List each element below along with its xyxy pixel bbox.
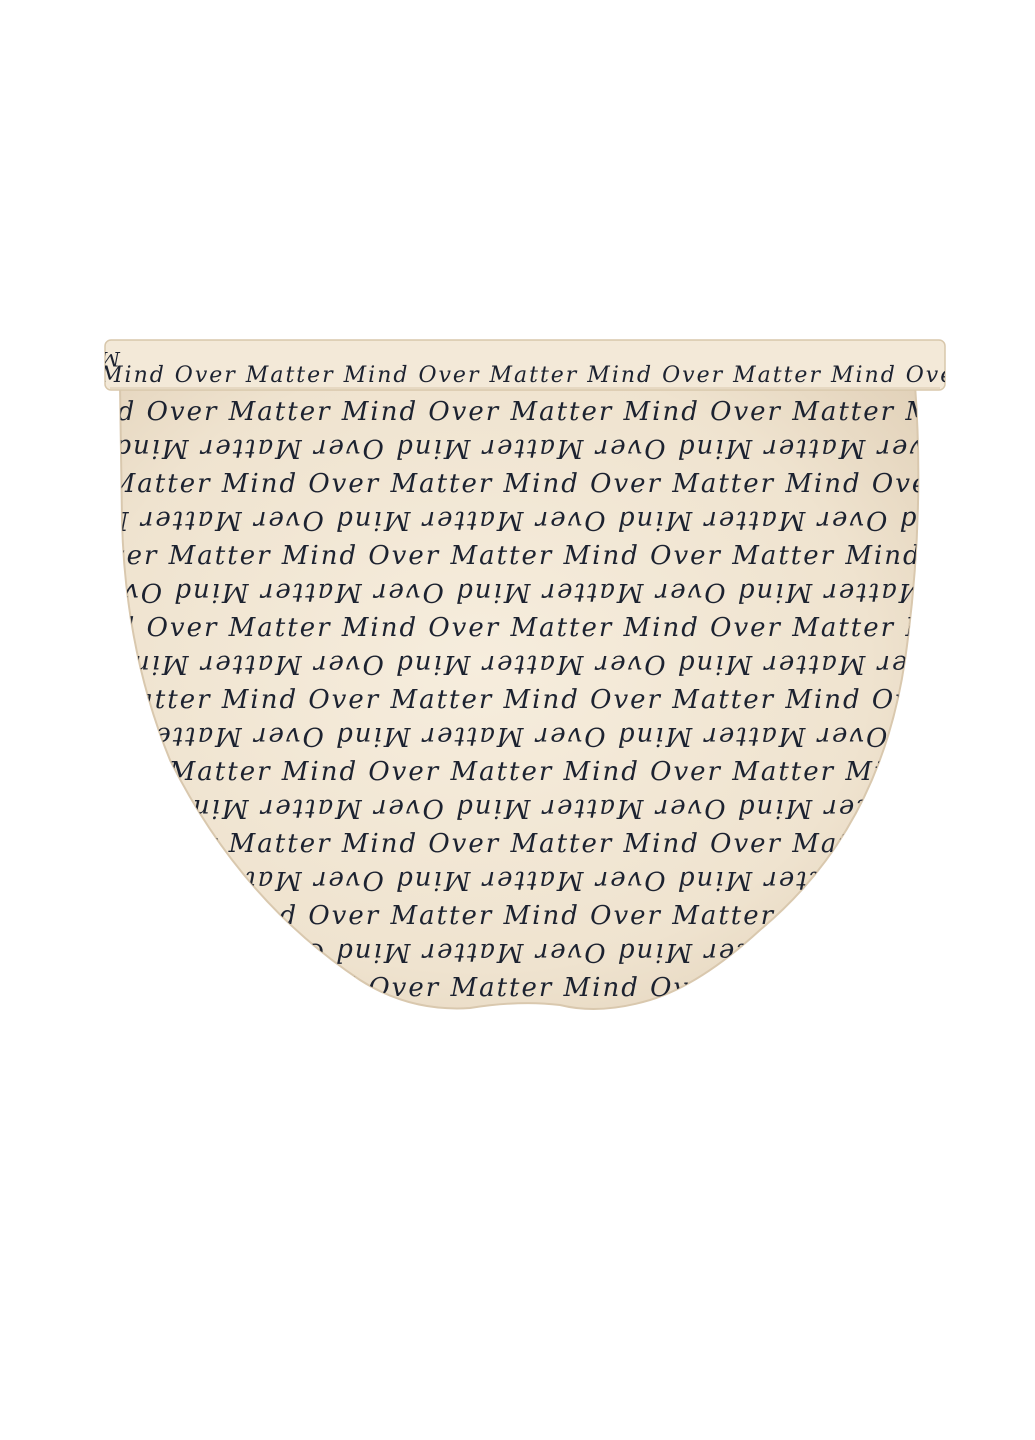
print-row: Mind Over Matter Mind Over Matter Mind O… [90,793,1035,823]
print-row: Mind Over Matter Mind Over Matter Mind O… [0,973,1004,1003]
print-row: Mind Over Matter Mind Over Matter Mind O… [59,613,1035,643]
print-row: Mind Over Matter Mind Over Matter Mind O… [30,649,1035,679]
waistband-print: Mind Over Matter Mind Over Matter Mind O… [99,363,1035,388]
print-row: Mind Over Matter Mind Over Matter Mind O… [59,397,1035,427]
print-row: Mind Over Matter Mind Over Matter Mind O… [30,865,1035,895]
print-row: Mind Over Matter Mind Over Matter Mind O… [0,505,975,535]
print-row: Mind Over Matter Mind Over Matter Mind O… [0,469,944,499]
print-row: Mind Over Matter Mind Over Matter Mind O… [0,757,1004,787]
print-pattern: Mind Over Matter Mind Over Matter Mind O… [0,397,1035,1003]
print-row: Mind Over Matter Mind Over Matter Mind O… [0,685,944,715]
print-row: Mind Over Matter Mind Over Matter Mind O… [59,829,1035,859]
print-row: Mind Over Matter Mind Over Matter Mind O… [0,937,975,967]
print-row: Mind Over Matter Mind Over Matter Mind O… [30,433,1035,463]
product-photo: Mind Over Matter Mind Over Matter Mind O… [0,0,1035,1440]
print-row: Mind Over Matter Mind Over Matter Mind O… [0,721,975,751]
waistband-print-flipped: Mind Over Matter Mind Over Matter Mind O… [0,347,121,371]
print-row: Mind Over Matter Mind Over Matter Mind O… [0,901,944,931]
print-row: Mind Over Matter Mind Over Matter Mind O… [0,541,1004,571]
waistband: Mind Over Matter Mind Over Matter Mind O… [0,340,1035,390]
garment-body: Mind Over Matter Mind Over Matter Mind O… [0,385,1035,1009]
print-row: Mind Over Matter Mind Over Matter Mind O… [90,577,1035,607]
